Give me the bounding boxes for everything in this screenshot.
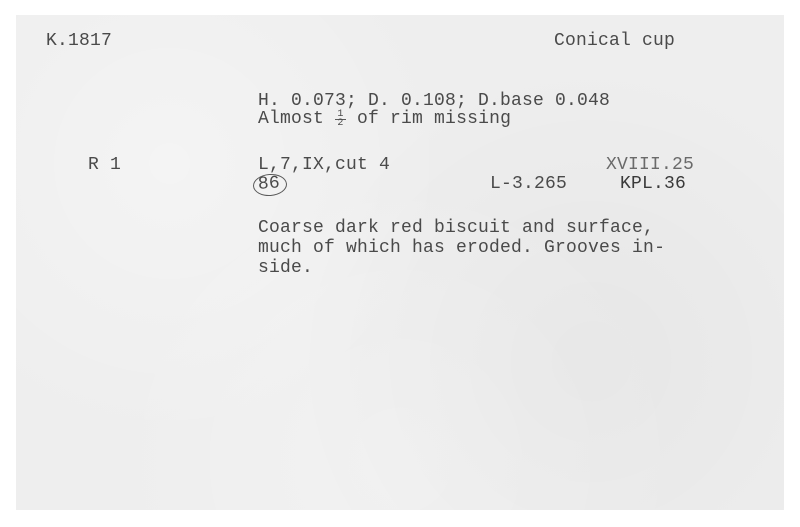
description-line-3: side. (258, 259, 313, 278)
shelf-location: R 1 (88, 156, 121, 175)
fraction-half: 12 (335, 111, 346, 128)
object-type: Conical cup (554, 32, 675, 51)
condition-prefix: Almost (258, 109, 324, 129)
condition-suffix: of rim missing (357, 109, 511, 129)
circled-number: 86 (258, 174, 287, 196)
find-context: L,7,IX,cut 4 (258, 156, 390, 175)
description-line-1: Coarse dark red biscuit and surface, (258, 219, 654, 238)
description-line-2: much of which has eroded. Grooves in- (258, 239, 665, 258)
date-reference: XVIII.25 (606, 156, 694, 175)
lot-number: L-3.265 (490, 175, 567, 194)
circled-number-label: 86 (252, 173, 287, 197)
plate-reference: KPL.36 (620, 175, 686, 194)
catalog-card: K.1817 Conical cup H. 0.073; D. 0.108; D… (16, 15, 784, 510)
catalog-number: K.1817 (46, 32, 112, 51)
condition: Almost 12 of rim missing (258, 110, 511, 129)
